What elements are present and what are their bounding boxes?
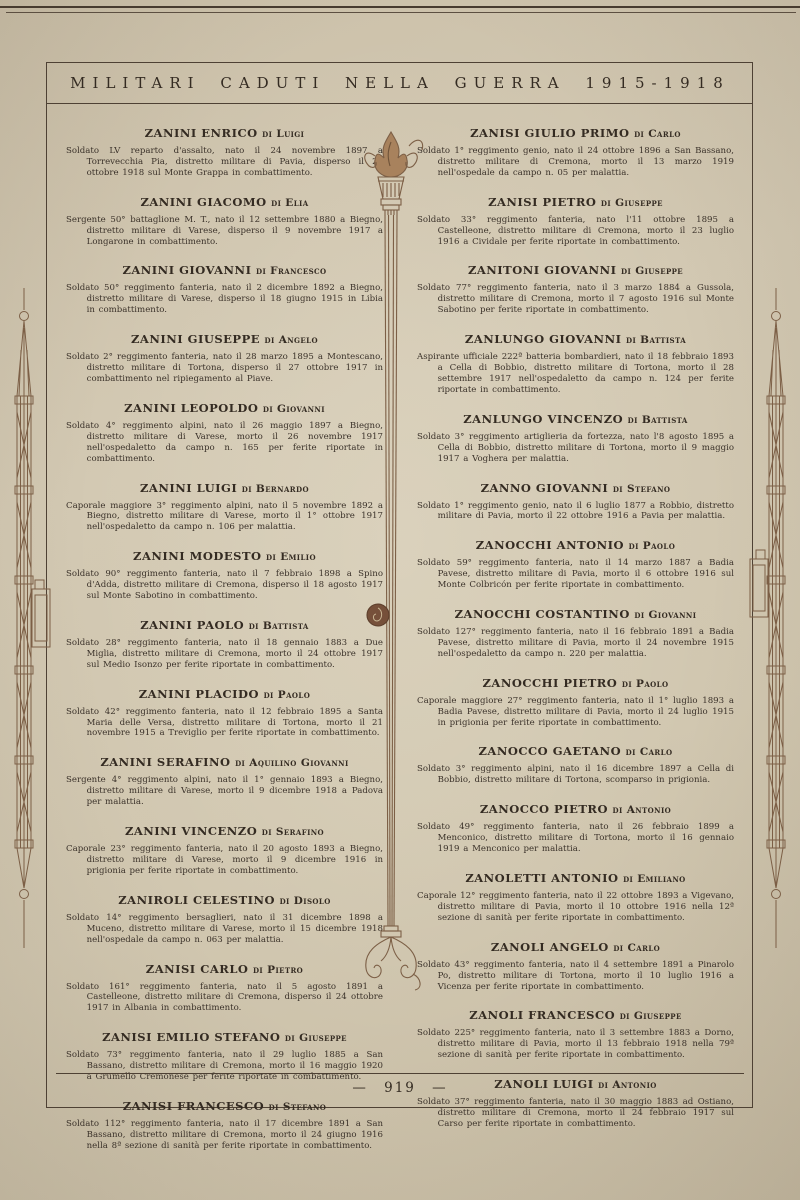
soldier-record-text: Soldato 59° reggimento fanteria, nato il… (417, 558, 734, 591)
soldier-record-text: Soldato 37° reggimento fanteria, nato il… (417, 1097, 734, 1130)
soldier-name: ZANNO GIOVANNI (481, 481, 609, 495)
soldier-name: ZANISI EMILIO STEFANO (102, 1030, 280, 1044)
soldier-heading: ZANNO GIOVANNI di Stefano (417, 481, 734, 495)
soldier-record-text: Soldato 1° reggimento genio, nato il 24 … (417, 146, 734, 179)
soldier-entry: ZANOCCHI COSTANTINO di Giovanni Soldato … (417, 607, 734, 660)
soldier-record-text: Soldato 77° reggimento fanteria, nato il… (417, 283, 734, 316)
soldier-entry: ZANISI FRANCESCO di Stefano Soldato 112°… (66, 1099, 383, 1152)
soldier-heading: ZANOLI FRANCESCO di Giuseppe (417, 1008, 734, 1022)
page-number: — 919 — (0, 1080, 800, 1096)
soldier-father-name: di Pietro (253, 964, 303, 976)
soldier-record-text: Soldato 33° reggimento fanteria, nato l'… (417, 215, 734, 248)
soldier-heading: ZANOCCO GAETANO di Carlo (417, 744, 734, 758)
soldier-record-text: Caporale maggiore 3° reggimento alpini, … (66, 501, 383, 534)
soldier-father-name: di Paolo (264, 689, 311, 701)
soldier-record-text: Aspirante ufficiale 222ª batteria bombar… (417, 352, 734, 396)
soldier-entry: ZANINI GIUSEPPE di Angelo Soldato 2° reg… (66, 332, 383, 385)
soldier-entry: ZANINI MODESTO di Emilio Soldato 90° reg… (66, 549, 383, 602)
soldier-name: ZANINI GIOVANNI (122, 263, 251, 277)
soldier-father-name: di Bernardo (242, 483, 309, 495)
soldier-heading: ZANISI PIETRO di Giuseppe (417, 195, 734, 209)
soldier-entry: ZANINI PLACIDO di Paolo Soldato 42° regg… (66, 687, 383, 740)
soldier-entry: ZANOCCHI PIETRO di Paolo Caporale maggio… (417, 676, 734, 729)
scan-artifact-line-top-2 (6, 12, 796, 13)
soldier-name: ZANOLI FRANCESCO (469, 1008, 615, 1022)
soldier-heading: ZANINI LUIGI di Bernardo (66, 481, 383, 495)
scan-artifact-line-top (0, 6, 800, 8)
soldier-heading: ZANOCCHI ANTONIO di Paolo (417, 538, 734, 552)
soldier-heading: ZANITONI GIOVANNI di Giuseppe (417, 263, 734, 277)
soldier-heading: ZANOCCO PIETRO di Antonio (417, 802, 734, 816)
soldier-entry: ZANISI EMILIO STEFANO di Giuseppe Soldat… (66, 1030, 383, 1083)
soldier-father-name: di Battista (626, 334, 686, 346)
soldier-name: ZANIROLI CELESTINO (118, 893, 275, 907)
soldier-entry: ZANITONI GIOVANNI di Giuseppe Soldato 77… (417, 263, 734, 316)
soldier-record-text: Soldato 3° reggimento alpini, nato il 16… (417, 764, 734, 786)
soldier-record-text: Soldato 3° reggimento artiglieria da for… (417, 432, 734, 465)
soldier-entry: ZANNO GIOVANNI di Stefano Soldato 1° reg… (417, 481, 734, 523)
soldier-father-name: di Antonio (613, 804, 672, 816)
soldier-heading: ZANISI FRANCESCO di Stefano (66, 1099, 383, 1113)
soldier-entry: ZANISI GIULIO PRIMO di Carlo Soldato 1° … (417, 126, 734, 179)
soldier-father-name: di Giuseppe (601, 197, 663, 209)
soldier-entry: ZANINI GIOVANNI di Francesco Soldato 50°… (66, 263, 383, 316)
soldier-entry: ZANINI SERAFINO di Aquilino Giovanni Ser… (66, 755, 383, 808)
soldier-record-text: Soldato 225° reggimento fanteria, nato i… (417, 1028, 734, 1061)
soldier-father-name: di Carlo (626, 746, 673, 758)
soldier-entry: ZANOCCO PIETRO di Antonio Soldato 49° re… (417, 802, 734, 855)
soldier-record-text: Soldato 42° reggimento fanteria, nato il… (66, 707, 383, 740)
soldier-record-text: Soldato 50° reggimento fanteria, nato il… (66, 283, 383, 316)
soldier-heading: ZANISI EMILIO STEFANO di Giuseppe (66, 1030, 383, 1044)
soldier-record-text: Soldato 73° reggimento fanteria, nato il… (66, 1050, 383, 1083)
soldier-name: ZANOLETTI ANTONIO (465, 871, 618, 885)
soldier-heading: ZANINI GIOVANNI di Francesco (66, 263, 383, 277)
soldier-heading: ZANOCCHI PIETRO di Paolo (417, 676, 734, 690)
soldier-heading: ZANINI VINCENZO di Serafino (66, 824, 383, 838)
soldier-name: ZANISI PIETRO (488, 195, 596, 209)
soldier-father-name: di Emilio (266, 551, 316, 563)
soldier-record-text: Soldato 14° reggimento bersaglieri, nato… (66, 913, 383, 946)
soldier-name: ZANISI FRANCESCO (123, 1099, 264, 1113)
soldier-entry: ZANLUNGO VINCENZO di Battista Soldato 3°… (417, 412, 734, 465)
soldier-record-text: Soldato 49° reggimento fanteria, nato il… (417, 822, 734, 855)
soldier-record-text: Caporale 23° reggimento fanteria, nato i… (66, 844, 383, 877)
soldier-name: ZANINI PLACIDO (139, 687, 259, 701)
soldier-heading: ZANISI CARLO di Pietro (66, 962, 383, 976)
soldier-heading: ZANINI LEOPOLDO di Giovanni (66, 401, 383, 415)
soldier-entry: ZANOCCO GAETANO di Carlo Soldato 3° regg… (417, 744, 734, 786)
soldier-entry: ZANOLETTI ANTONIO di Emiliano Caporale 1… (417, 871, 734, 924)
soldier-father-name: di Serafino (262, 826, 324, 838)
soldier-record-text: Soldato 90° reggimento fanteria, nato il… (66, 569, 383, 602)
soldier-record-text: Soldato 127° reggimento fanteria, nato i… (417, 627, 734, 660)
soldier-heading: ZANINI PAOLO di Battista (66, 618, 383, 632)
soldier-father-name: di Giuseppe (285, 1032, 347, 1044)
soldier-heading: ZANLUNGO GIOVANNI di Battista (417, 332, 734, 346)
soldier-name: ZANOCCHI COSTANTINO (455, 607, 630, 621)
soldier-name: ZANINI GIACOMO (140, 195, 266, 209)
soldier-father-name: di Giovanni (263, 403, 325, 415)
soldier-father-name: di Francesco (256, 265, 327, 277)
soldier-entry: ZANIROLI CELESTINO di Disolo Soldato 14°… (66, 893, 383, 946)
soldier-entry: ZANINI GIACOMO di Elia Sergente 50° batt… (66, 195, 383, 248)
column-left: ZANINI ENRICO di Luigi Soldato LV repart… (66, 126, 383, 1168)
soldier-entry: ZANINI ENRICO di Luigi Soldato LV repart… (66, 126, 383, 179)
soldier-entry: ZANOLI FRANCESCO di Giuseppe Soldato 225… (417, 1008, 734, 1061)
soldier-name: ZANINI MODESTO (133, 549, 261, 563)
soldier-father-name: di Aquilino Giovanni (235, 757, 349, 769)
soldier-record-text: Soldato 4° reggimento alpini, nato il 26… (66, 421, 383, 465)
soldier-name: ZANISI CARLO (146, 962, 249, 976)
soldier-name: ZANOCCHI PIETRO (483, 676, 618, 690)
entries-two-column-layout: ZANINI ENRICO di Luigi Soldato LV repart… (66, 126, 734, 1168)
column-right: ZANISI GIULIO PRIMO di Carlo Soldato 1° … (417, 126, 734, 1168)
soldier-name: ZANINI LEOPOLDO (124, 401, 258, 415)
soldier-record-text: Soldato 2° reggimento fanteria, nato il … (66, 352, 383, 385)
soldier-father-name: di Battista (628, 414, 688, 426)
soldier-record-text: Caporale maggiore 27° reggimento fanteri… (417, 696, 734, 729)
soldier-name: ZANINI SERAFINO (100, 755, 230, 769)
soldier-record-text: Caporale 12° reggimento fanteria, nato i… (417, 891, 734, 924)
soldier-entry: ZANINI LEOPOLDO di Giovanni Soldato 4° r… (66, 401, 383, 465)
soldier-name: ZANINI LUIGI (140, 481, 237, 495)
footer-divider-rule (56, 1073, 744, 1074)
soldier-name: ZANINI VINCENZO (125, 824, 257, 838)
soldier-record-text: Soldato LV reparto d'assalto, nato il 24… (66, 146, 383, 179)
soldier-father-name: di Stefano (269, 1101, 327, 1113)
soldier-heading: ZANISI GIULIO PRIMO di Carlo (417, 126, 734, 140)
soldier-entry: ZANISI CARLO di Pietro Soldato 161° regg… (66, 962, 383, 1015)
soldier-name: ZANISI GIULIO PRIMO (470, 126, 629, 140)
soldier-heading: ZANOLI ANGELO di Carlo (417, 940, 734, 954)
soldier-entry: ZANINI PAOLO di Battista Soldato 28° reg… (66, 618, 383, 671)
soldier-heading: ZANOCCHI COSTANTINO di Giovanni (417, 607, 734, 621)
soldier-name: ZANOCCO PIETRO (480, 802, 608, 816)
soldier-heading: ZANINI ENRICO di Luigi (66, 126, 383, 140)
soldier-father-name: di Emiliano (623, 873, 686, 885)
soldier-father-name: di Disolo (280, 895, 331, 907)
soldier-record-text: Sergente 50° battaglione M. T., nato il … (66, 215, 383, 248)
soldier-entry: ZANINI VINCENZO di Serafino Caporale 23°… (66, 824, 383, 877)
soldier-father-name: di Giuseppe (620, 1010, 682, 1022)
soldier-father-name: di Paolo (622, 678, 669, 690)
soldier-father-name: di Angelo (265, 334, 318, 346)
soldier-name: ZANINI GIUSEPPE (131, 332, 260, 346)
soldier-entry: ZANISI PIETRO di Giuseppe Soldato 33° re… (417, 195, 734, 248)
scanned-book-page: { "page": { "title": "MILITARI CADUTI NE… (0, 0, 800, 1200)
soldier-record-text: Soldato 43° reggimento fanteria, nato il… (417, 960, 734, 993)
soldier-name: ZANINI ENRICO (145, 126, 258, 140)
header-divider-rule (46, 103, 753, 104)
soldier-name: ZANOLI ANGELO (491, 940, 609, 954)
soldier-name: ZANINI PAOLO (140, 618, 244, 632)
soldier-father-name: di Paolo (629, 540, 676, 552)
soldier-entry: ZANINI LUIGI di Bernardo Caporale maggio… (66, 481, 383, 534)
soldier-father-name: di Elia (271, 197, 308, 209)
soldier-entry: ZANOCCHI ANTONIO di Paolo Soldato 59° re… (417, 538, 734, 591)
soldier-heading: ZANIROLI CELESTINO di Disolo (66, 893, 383, 907)
soldier-father-name: di Giovanni (634, 609, 696, 621)
soldier-entry: ZANOLI ANGELO di Carlo Soldato 43° reggi… (417, 940, 734, 993)
soldier-entry: ZANLUNGO GIOVANNI di Battista Aspirante … (417, 332, 734, 396)
soldier-heading: ZANLUNGO VINCENZO di Battista (417, 412, 734, 426)
soldier-heading: ZANINI MODESTO di Emilio (66, 549, 383, 563)
soldier-father-name: di Carlo (634, 128, 681, 140)
soldier-record-text: Soldato 28° reggimento fanteria, nato il… (66, 638, 383, 671)
soldier-father-name: di Carlo (613, 942, 660, 954)
soldier-name: ZANOCCO GAETANO (479, 744, 622, 758)
soldier-father-name: di Luigi (262, 128, 304, 140)
soldier-record-text: Soldato 161° reggimento fanteria, nato i… (66, 982, 383, 1015)
soldier-record-text: Soldato 112° reggimento fanteria, nato i… (66, 1119, 383, 1152)
page-title: MILITARI CADUTI NELLA GUERRA 1915-1918 (0, 74, 800, 92)
soldier-father-name: di Giuseppe (621, 265, 683, 277)
soldier-name: ZANLUNGO GIOVANNI (465, 332, 622, 346)
soldier-heading: ZANINI SERAFINO di Aquilino Giovanni (66, 755, 383, 769)
soldier-name: ZANOCCHI ANTONIO (476, 538, 624, 552)
soldier-heading: ZANINI PLACIDO di Paolo (66, 687, 383, 701)
soldier-record-text: Soldato 1° reggimento genio, nato il 6 l… (417, 501, 734, 523)
soldier-heading: ZANINI GIUSEPPE di Angelo (66, 332, 383, 346)
soldier-father-name: di Stefano (613, 483, 671, 495)
soldier-record-text: Sergente 4° reggimento alpini, nato il 1… (66, 775, 383, 808)
soldier-heading: ZANOLETTI ANTONIO di Emiliano (417, 871, 734, 885)
soldier-heading: ZANINI GIACOMO di Elia (66, 195, 383, 209)
soldier-name: ZANITONI GIOVANNI (468, 263, 617, 277)
soldier-father-name: di Battista (249, 620, 309, 632)
soldier-name: ZANLUNGO VINCENZO (463, 412, 623, 426)
